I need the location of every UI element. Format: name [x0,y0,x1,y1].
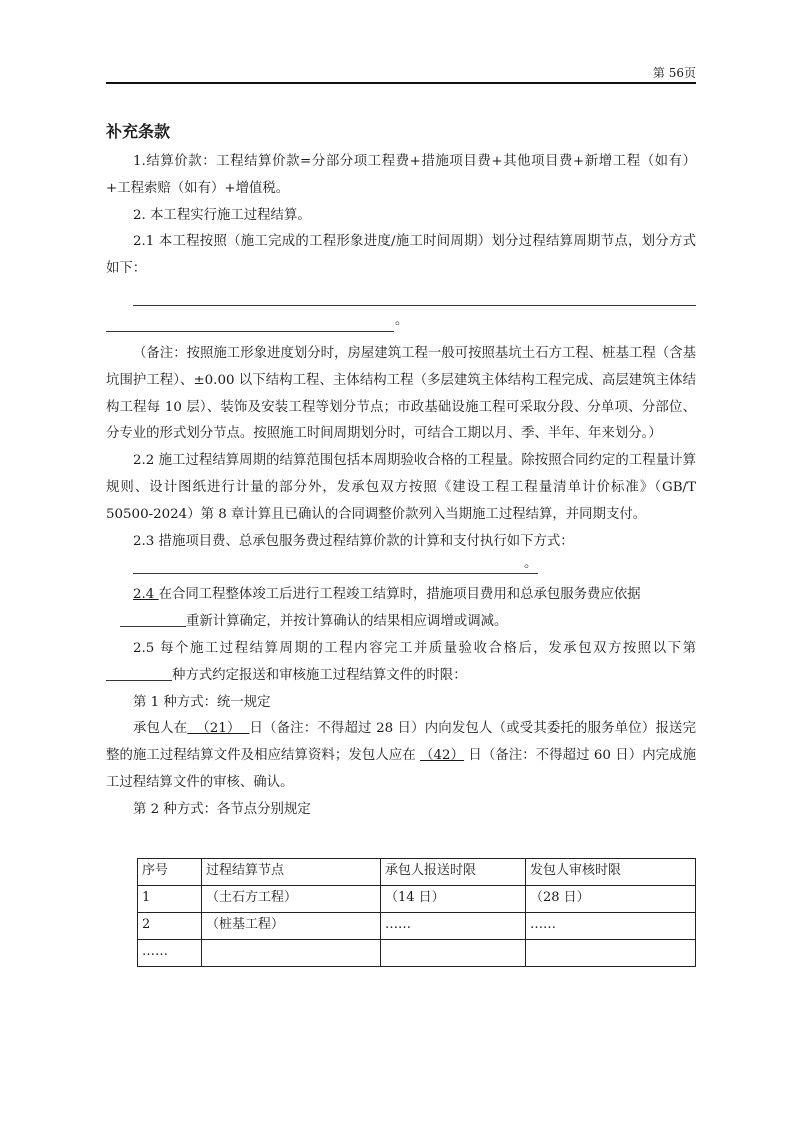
clause-2-1: 2.1 本工程按照（施工完成的工程形象进度/施工时间周期）划分过程结算周期节点，… [106,229,696,283]
method-1-title: 第 1 种方式：统一规定 [106,690,696,717]
settlement-node-table: 序号 过程结算节点 承包人报送时限 发包人审核时限 1 （土石方工程） （14 … [137,858,696,967]
page-number: 第 56页 [653,64,696,81]
fill-line-end: 。 [395,308,408,335]
clause-2-5: 2.5 每个施工过程结算周期的工程内容完工并质量验收合格后，发承包双方按照以下第… [106,636,696,690]
table-row: 2 （桩基工程） …… …… [138,913,696,940]
fill-blank-method[interactable] [106,664,172,681]
fill-line-2-3[interactable] [133,557,538,574]
table-cell[interactable]: （桩基工程） [202,913,381,940]
table-cell[interactable]: 2 [138,913,202,940]
clause-2-4-text-b: 重新计算确定，并按计算确认的结果相应调增或调减。 [186,614,507,629]
table-cell[interactable]: …… [138,940,202,967]
method-1-text: 承包人在 （21） 日（备注：不得超过 28 日）内向发包人（或受其委托的服务单… [106,716,696,796]
clause-2-4-number: 2.4 [133,587,159,602]
method-2-title: 第 2 种方式：各节点分别规定 [106,797,696,824]
clause-2-3-fill-area: 。 [106,555,696,582]
table-cell[interactable]: 1 [138,886,202,913]
clause-2-5-text-b: 种方式约定报送和审核施工过程结算文件的时限： [172,668,467,683]
fill-line-2-3-end: 。 [524,551,537,578]
table-header-row: 序号 过程结算节点 承包人报送时限 发包人审核时限 [138,859,696,886]
fill-line-2[interactable] [106,315,394,332]
method-1-text-a: 承包人在 [133,721,187,736]
clause-2-5-text-a: 2.5 每个施工过程结算周期的工程内容完工并质量验收合格后，发承包双方按照以下第 [133,641,696,656]
table-cell[interactable]: （14 日） [381,886,526,913]
header-cell: 过程结算节点 [202,859,381,886]
table-row: …… [138,940,696,967]
clause-2-4-cont: 重新计算确定，并按计算确认的结果相应调增或调减。 [106,609,696,636]
document-body: 补充条款 1.结算价款：工程结算价款=分部分项工程费+措施项目费+其他项目费+新… [106,118,696,824]
clause-2-1-fill-area: 。 [106,283,696,337]
fill-blank-2-4[interactable] [120,610,186,627]
page-header: 第 56页 [106,62,696,84]
employer-review-days[interactable]: （42） [420,748,464,763]
table-cell[interactable]: （28 日） [526,886,696,913]
header-cell: 序号 [138,859,202,886]
section-title: 补充条款 [106,118,696,146]
division-note: （备注：按照施工形象进度划分时，房屋建筑工程一般可按照基坑土石方工程、桩基工程（… [106,341,696,448]
fill-line-1[interactable] [133,289,696,306]
table-cell[interactable]: …… [381,913,526,940]
header-cell: 发包人审核时限 [526,859,696,886]
clause-2: 2. 本工程实行施工过程结算。 [106,203,696,230]
table-row: 1 （土石方工程） （14 日） （28 日） [138,886,696,913]
table-cell[interactable]: （土石方工程） [202,886,381,913]
clause-2-4: 2.4 在合同工程整体竣工后进行工程竣工结算时，措施项目费用和总承包服务费应依据 [106,582,696,609]
table-cell[interactable]: …… [526,913,696,940]
table-cell[interactable] [202,940,381,967]
clause-2-2: 2.2 施工过程结算周期的结算范围包括本周期验收合格的工程量。除按照合同约定的工… [106,448,696,528]
table-cell[interactable] [381,940,526,967]
contractor-submit-days[interactable]: （21） [187,721,249,736]
clause-1: 1.结算价款：工程结算价款=分部分项工程费+措施项目费+其他项目费+新增工程（如… [106,149,696,203]
table-cell[interactable] [526,940,696,967]
clause-2-4-text-a: 在合同工程整体竣工后进行工程竣工结算时，措施项目费用和总承包服务费应依据 [159,587,641,602]
header-cell: 承包人报送时限 [381,859,526,886]
clause-2-3: 2.3 措施项目费、总承包服务费过程结算价款的计算和支付执行如下方式： [106,529,696,556]
